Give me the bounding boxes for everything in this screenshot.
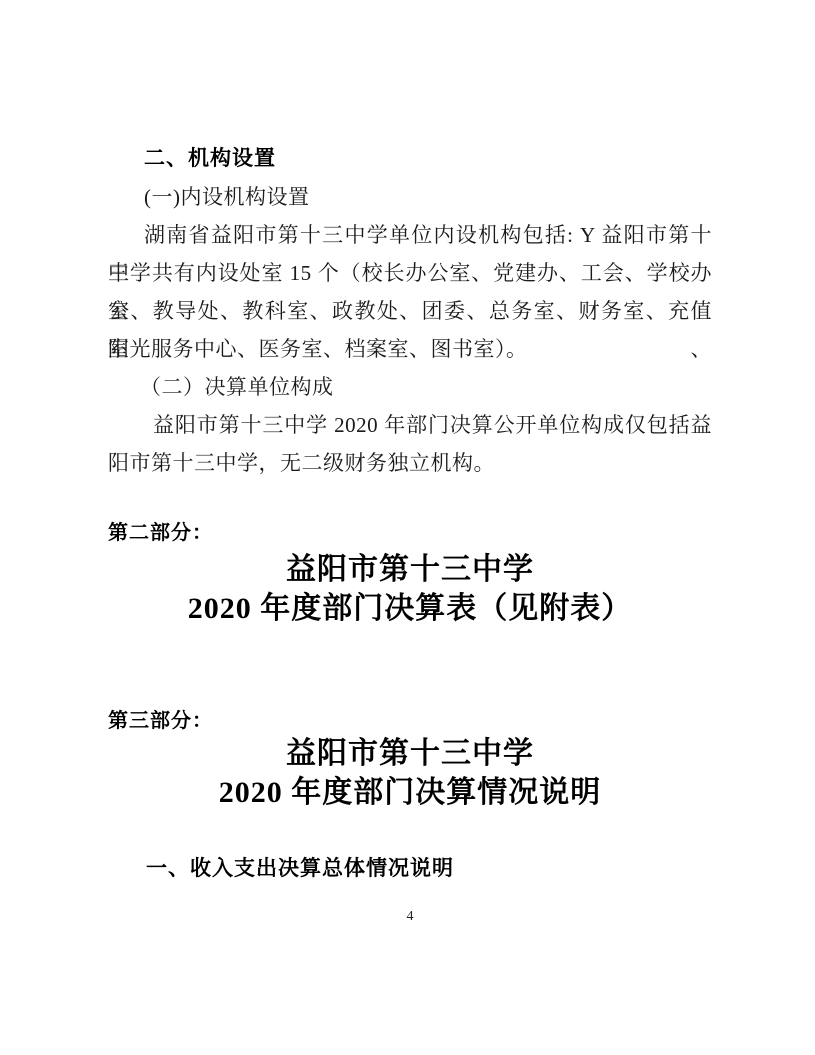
summary-section-heading: 一、收入支出决算总体情况说明 xyxy=(108,850,712,888)
part-3-title-line-1: 益阳市第十三中学 xyxy=(108,734,712,773)
part-2-title: 益阳市第十三中学 2020 年度部门决算表（见附表） xyxy=(108,550,712,628)
part-3-label: 第三部分： xyxy=(108,708,712,734)
org-subsection-2-heading: （二）决算单位构成 xyxy=(108,368,712,406)
page-number: 4 xyxy=(108,907,712,927)
document-page: 二、机构设置 (一)内设机构设置 湖南省益阳市第十三中学单位内设机构包括: Y … xyxy=(0,0,815,1055)
org-paragraph-1-line: 室、教导处、教科室、政教处、团委、总务室、财务室、充值室、 xyxy=(108,292,712,330)
part-2-title-line-2: 2020 年度部门决算表（见附表） xyxy=(108,589,712,628)
org-paragraph-1-line: 湖南省益阳市第十三中学单位内设机构包括: Y 益阳市第十三 xyxy=(108,216,712,254)
org-subsection-1-heading: (一)内设机构设置 xyxy=(108,178,712,216)
org-paragraph-2-line: 益阳市第十三中学 2020 年部门决算公开单位构成仅包括益 xyxy=(108,406,712,444)
part-3-title-line-2: 2020 年度部门决算情况说明 xyxy=(108,773,712,812)
part-3-title: 益阳市第十三中学 2020 年度部门决算情况说明 xyxy=(108,734,712,812)
org-paragraph-2-line: 阳市第十三中学，无二级财务独立机构。 xyxy=(108,444,712,482)
org-section-heading: 二、机构设置 xyxy=(108,140,712,178)
org-paragraph-1-line: 中学共有内设处室 15 个（校长办公室、党建办、工会、学校办公 xyxy=(108,254,712,292)
part-2-label: 第二部分： xyxy=(108,519,712,547)
document-content: 二、机构设置 (一)内设机构设置 湖南省益阳市第十三中学单位内设机构包括: Y … xyxy=(108,0,712,927)
part-2-title-line-1: 益阳市第十三中学 xyxy=(108,550,712,589)
